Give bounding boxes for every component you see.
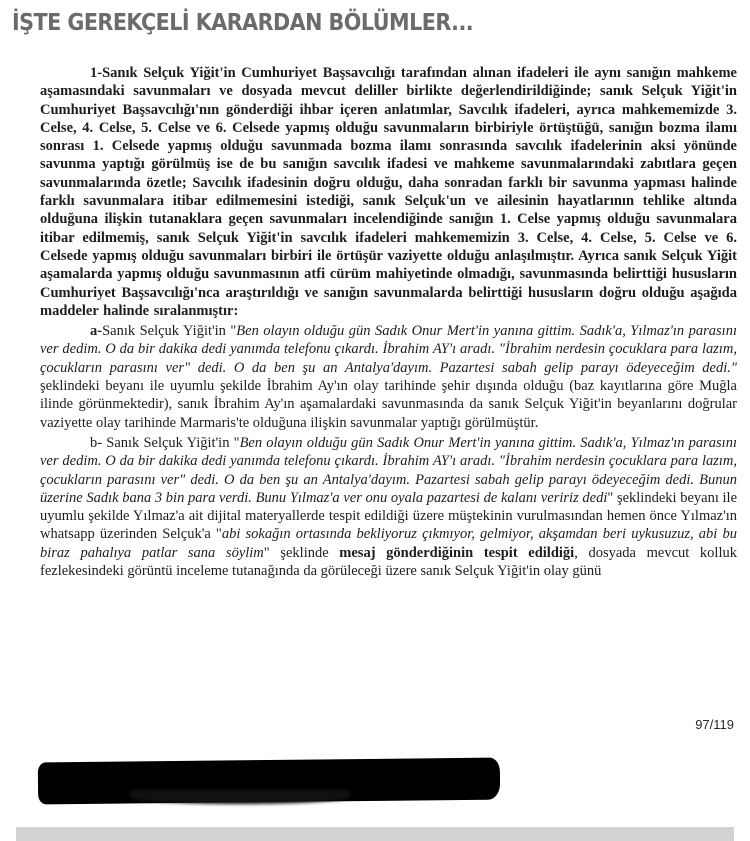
item-a-label: a-	[90, 323, 102, 339]
item-a-intro: Sanık Selçuk Yiğit'in "	[102, 323, 236, 339]
page-heading: İŞTE GEREKÇELİ KARARDAN BÖLÜMLER...	[12, 10, 473, 36]
item-b-mid2: " şeklinde	[264, 545, 340, 561]
item-a-rest: şeklindeki beyanı ile uyumlu şekilde İbr…	[40, 378, 737, 431]
item-b: b- Sanık Selçuk Yiğit'in "Ben olayın old…	[40, 434, 737, 580]
paragraph-1: 1-Sanık Selçuk Yiğit'in Cumhuriyet Başsa…	[40, 64, 737, 320]
item-b-label: b-	[90, 435, 102, 451]
item-a: a-Sanık Selçuk Yiğit'in "Ben olayın oldu…	[40, 322, 737, 432]
item-b-intro: Sanık Selçuk Yiğit'in "	[102, 435, 239, 451]
item-b-bold: mesaj gönderdiğinin tespit edildiği	[339, 545, 574, 561]
page-number: 97/119	[695, 717, 734, 732]
bottom-divider-bar	[16, 827, 734, 841]
document-excerpt: 1-Sanık Selçuk Yiğit'in Cumhuriyet Başsa…	[40, 64, 737, 580]
redaction-mark-shadow	[130, 790, 350, 804]
